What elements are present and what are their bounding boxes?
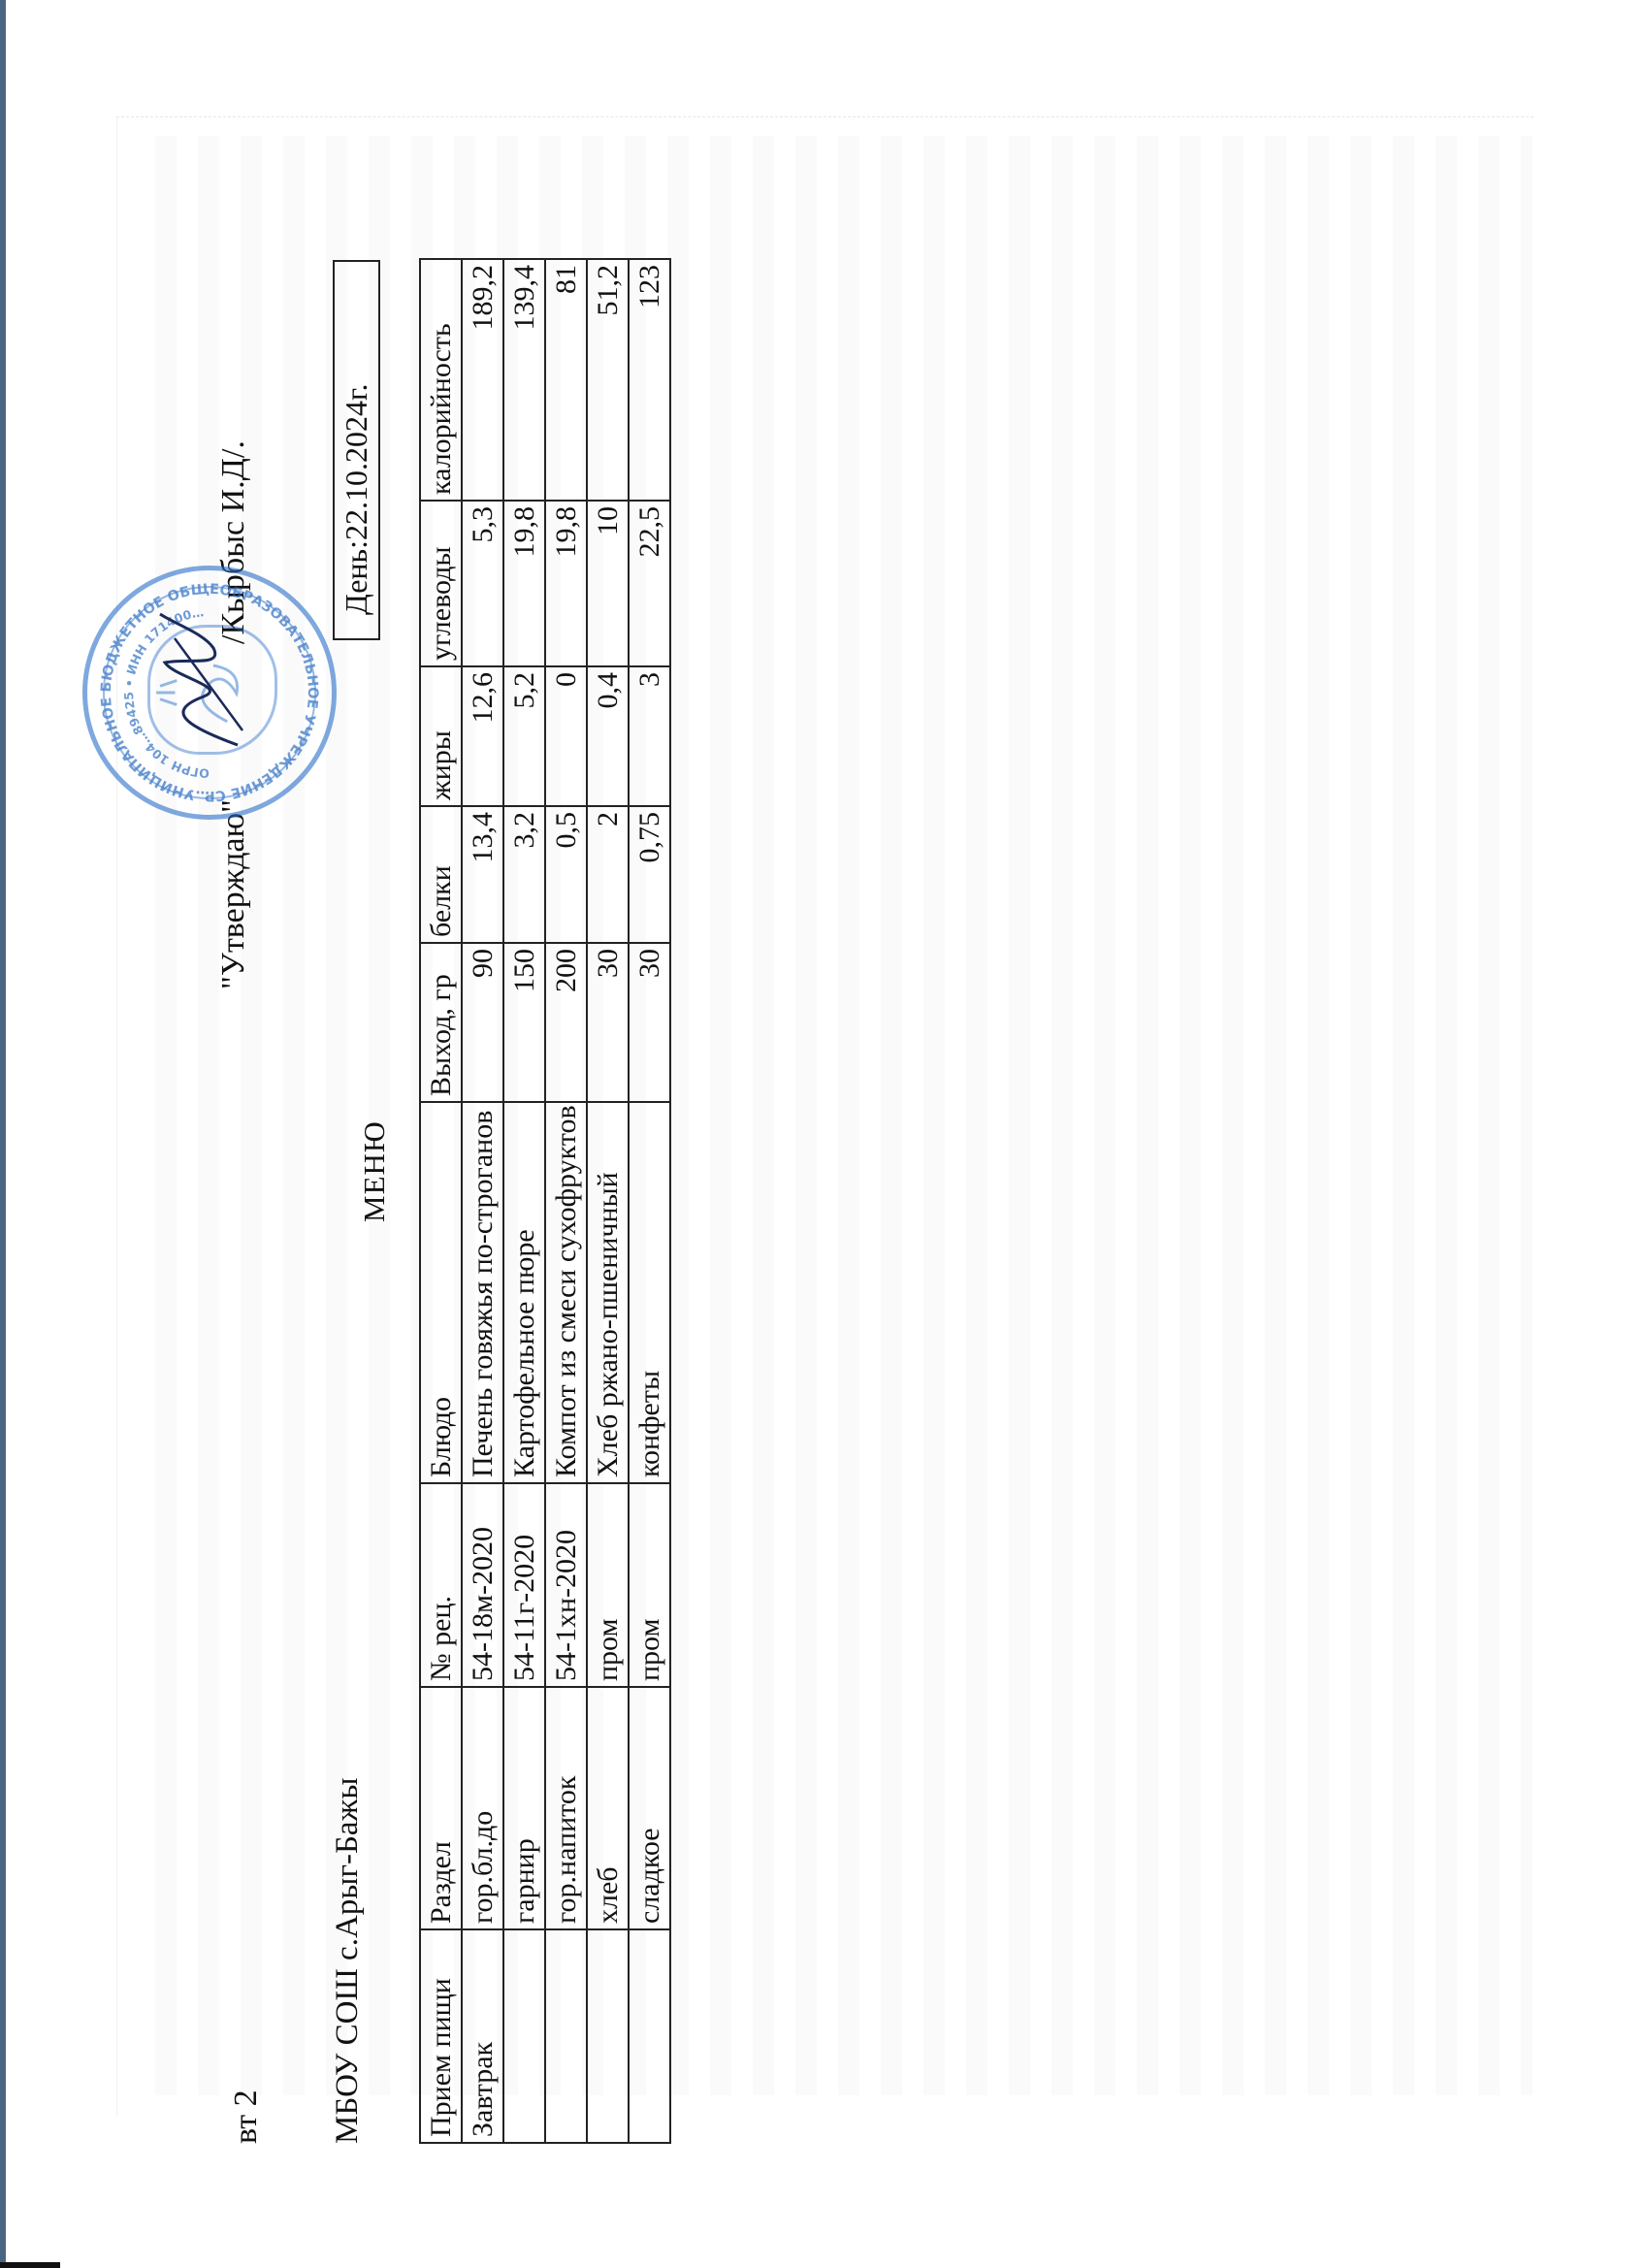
header-carbs: углеводы bbox=[420, 501, 462, 666]
cell-fat: 5,2 bbox=[503, 666, 545, 806]
cell-carbs: 10 bbox=[587, 501, 629, 666]
header-meal: Прием пищи bbox=[420, 1929, 462, 2143]
header-fat: жиры bbox=[420, 666, 462, 806]
cell-section: хлеб bbox=[587, 1687, 629, 1929]
cell-carbs: 22,5 bbox=[629, 501, 670, 666]
date-box: День:22.10.2024г. bbox=[333, 260, 380, 640]
school-name: МБОУ СОШ с.Арыг-Бажы bbox=[330, 1777, 366, 2144]
cell-calories: 123 bbox=[629, 259, 670, 501]
cell-recipe: пром bbox=[629, 1483, 670, 1687]
cell-calories: 81 bbox=[545, 259, 587, 501]
day-label: вт 2 bbox=[228, 2090, 265, 2144]
cell-fat: 0 bbox=[545, 666, 587, 806]
cell-carbs: 19,8 bbox=[503, 501, 545, 666]
menu-table: Прием пищи Раздел № рец. Блюдо Выход, гр… bbox=[419, 258, 671, 2144]
cell-fat: 0,4 bbox=[587, 666, 629, 806]
table-row: сладкое пром конфеты 30 0,75 3 22,5 123 bbox=[629, 259, 670, 2143]
cell-output: 30 bbox=[629, 943, 670, 1102]
cell-meal: Завтрак bbox=[462, 1929, 503, 2143]
cell-recipe: 54-18м-2020 bbox=[462, 1483, 503, 1687]
cell-dish: Компот из смеси сухофруктов bbox=[545, 1102, 587, 1483]
cell-recipe: пром bbox=[587, 1483, 629, 1687]
cell-protein: 0,5 bbox=[545, 806, 587, 943]
cell-calories: 189,2 bbox=[462, 259, 503, 501]
page-title: МЕНЮ bbox=[357, 1120, 392, 1222]
cell-dish: Картофельное пюре bbox=[503, 1102, 545, 1483]
menu-sheet: вт 2 МБОУ СОШ с.Арыг-Бажы МЕНЮ "Утвержда… bbox=[0, 0, 1649, 2268]
cell-meal bbox=[629, 1929, 670, 2143]
header-output: Выход, гр bbox=[420, 943, 462, 1102]
cell-carbs: 5,3 bbox=[462, 501, 503, 666]
cell-output: 200 bbox=[545, 943, 587, 1102]
table-row: гор.напиток 54-1хн-2020 Компот из смеси … bbox=[545, 259, 587, 2143]
table-row: хлеб пром Хлеб ржано-пшеничный 30 2 0,4 … bbox=[587, 259, 629, 2143]
cell-dish: конфеты bbox=[629, 1102, 670, 1483]
cell-meal bbox=[545, 1929, 587, 2143]
cell-calories: 51,2 bbox=[587, 259, 629, 501]
cell-recipe: 54-11г-2020 bbox=[503, 1483, 545, 1687]
cell-recipe: 54-1хн-2020 bbox=[545, 1483, 587, 1687]
cell-protein: 0,75 bbox=[629, 806, 670, 943]
header-calories: калорийность bbox=[420, 259, 462, 501]
cell-meal bbox=[587, 1929, 629, 2143]
header-section: Раздел bbox=[420, 1687, 462, 1929]
cell-section: гор.напиток bbox=[545, 1687, 587, 1929]
cell-dish: Печень говяжья по-строганов bbox=[462, 1102, 503, 1483]
header-protein: белки bbox=[420, 806, 462, 943]
approval-label: "Утверждаю" bbox=[215, 799, 251, 989]
cell-protein: 13,4 bbox=[462, 806, 503, 943]
header-recipe: № рец. bbox=[420, 1483, 462, 1687]
cell-section: гор.бл.до bbox=[462, 1687, 503, 1929]
cell-output: 150 bbox=[503, 943, 545, 1102]
signature-icon bbox=[145, 609, 262, 755]
cell-output: 30 bbox=[587, 943, 629, 1102]
cell-output: 90 bbox=[462, 943, 503, 1102]
cell-protein: 2 bbox=[587, 806, 629, 943]
cell-fat: 3 bbox=[629, 666, 670, 806]
cell-section: сладкое bbox=[629, 1687, 670, 1929]
cell-carbs: 19,8 bbox=[545, 501, 587, 666]
cell-dish: Хлеб ржано-пшеничный bbox=[587, 1102, 629, 1483]
cell-calories: 139,4 bbox=[503, 259, 545, 501]
table-row: Завтрак гор.бл.до 54-18м-2020 Печень гов… bbox=[462, 259, 503, 2143]
cell-section: гарнир bbox=[503, 1687, 545, 1929]
cell-fat: 12,6 bbox=[462, 666, 503, 806]
table-header-row: Прием пищи Раздел № рец. Блюдо Выход, гр… bbox=[420, 259, 462, 2143]
cell-meal bbox=[503, 1929, 545, 2143]
cell-protein: 3,2 bbox=[503, 806, 545, 943]
header-dish: Блюдо bbox=[420, 1102, 462, 1483]
table-row: гарнир 54-11г-2020 Картофельное пюре 150… bbox=[503, 259, 545, 2143]
